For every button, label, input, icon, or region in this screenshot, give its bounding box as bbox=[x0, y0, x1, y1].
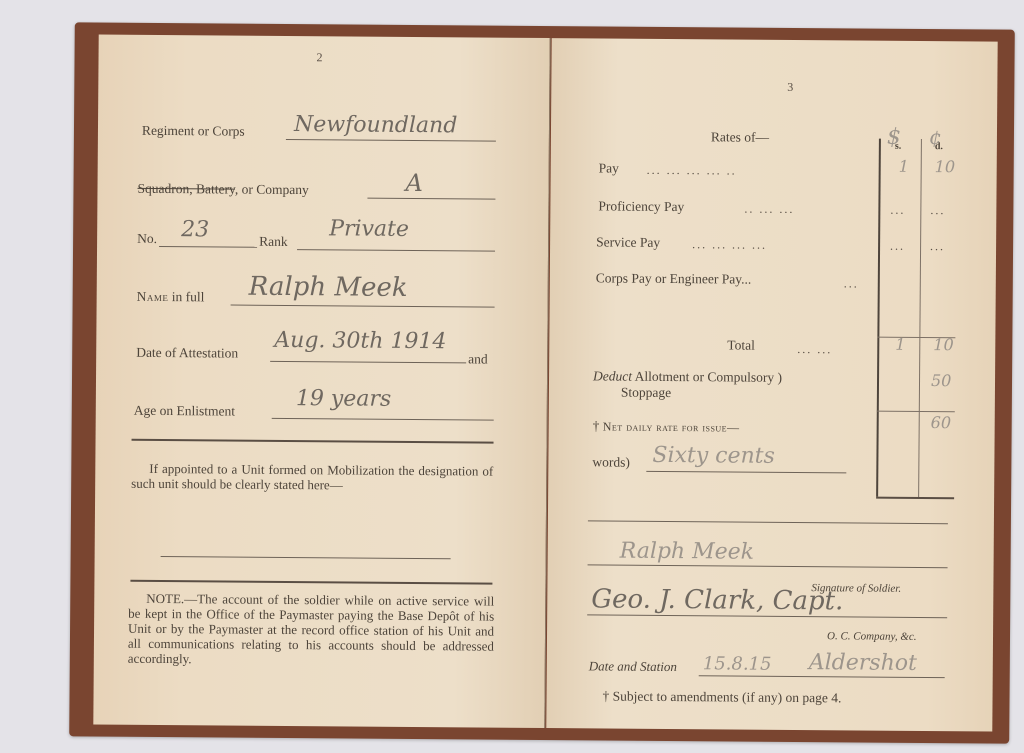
rate-row-service: Service Pay ... ... ... ... ... ... bbox=[552, 38, 998, 42]
note-text: NOTE.—The account of the soldier while o… bbox=[128, 591, 495, 669]
pay-d: 10 bbox=[935, 157, 956, 176]
total-d: 10 bbox=[933, 335, 954, 354]
mobilization-line[interactable] bbox=[161, 556, 451, 559]
total-s: 1 bbox=[895, 335, 905, 354]
rate-row-corps: Corps Pay or Engineer Pay... ... bbox=[552, 38, 998, 42]
footnote: † Subject to amendments (if any) on page… bbox=[602, 688, 841, 706]
oc-signature-caption: O. C. Company, &c. bbox=[827, 630, 917, 643]
name-value[interactable]: Ralph Meek bbox=[249, 272, 408, 303]
date-value[interactable]: 15.8.15 bbox=[703, 653, 772, 675]
left-page: 2 Regiment or Corps Newfoundland Squadro… bbox=[93, 35, 550, 729]
oc-signature-line bbox=[587, 614, 947, 618]
net-rule bbox=[877, 411, 955, 413]
soldier-signature-line bbox=[588, 564, 948, 568]
rank-line bbox=[297, 249, 495, 252]
attestation-and: and bbox=[468, 351, 488, 367]
age-label: Age on Enlistment bbox=[134, 403, 235, 420]
station-value[interactable]: Aldershot bbox=[809, 650, 917, 676]
note-divider bbox=[130, 580, 492, 585]
soldier-signature[interactable]: Ralph Meek bbox=[620, 539, 755, 565]
company-label: Squadron, Battery, or Company bbox=[137, 181, 308, 198]
deduct-d: 50 bbox=[931, 371, 952, 390]
net-d: 60 bbox=[931, 413, 952, 432]
number-label: No. bbox=[137, 231, 157, 247]
pay-s: 1 bbox=[899, 157, 909, 176]
words-label: words) bbox=[592, 454, 630, 470]
right-page: 3 Rates of— s. d. $ ¢ Pay ... ... ... ..… bbox=[546, 38, 997, 731]
rates-heading: Rates of— bbox=[711, 129, 769, 145]
regiment-value[interactable]: Newfoundland bbox=[294, 112, 458, 138]
table-bottom-rule bbox=[876, 497, 954, 500]
words-line bbox=[646, 471, 846, 474]
number-line bbox=[159, 246, 257, 248]
attestation-value[interactable]: Aug. 30th 1914 bbox=[274, 328, 446, 354]
name-label: Name in full bbox=[137, 289, 205, 306]
page-number-left: 2 bbox=[316, 50, 322, 65]
attestation-line bbox=[270, 361, 466, 364]
col-header-dollar: $ bbox=[887, 125, 901, 150]
age-line bbox=[272, 418, 494, 421]
col-header-cents: ¢ bbox=[929, 125, 942, 149]
blank-line bbox=[588, 520, 948, 524]
rank-value[interactable]: Private bbox=[329, 216, 409, 242]
rate-row-deduct: Deduct Allotment or Compulsory ) Stoppag… bbox=[552, 38, 998, 42]
mobilization-text: If appointed to a Unit formed on Mobiliz… bbox=[131, 461, 493, 494]
rate-row-proficiency: Proficiency Pay .. ... ... ... ... bbox=[552, 38, 998, 42]
company-line bbox=[367, 198, 495, 200]
attestation-label: Date of Attestation bbox=[136, 345, 238, 362]
rank-label: Rank bbox=[259, 234, 288, 250]
words-value[interactable]: Sixty cents bbox=[652, 443, 775, 469]
age-value[interactable]: 19 years bbox=[296, 386, 392, 412]
table-left-border bbox=[876, 139, 881, 497]
regiment-label: Regiment or Corps bbox=[142, 123, 245, 140]
regiment-line bbox=[286, 139, 496, 142]
date-station-label: Date and Station bbox=[589, 658, 677, 675]
company-value[interactable]: A bbox=[405, 169, 423, 197]
section-divider bbox=[132, 439, 494, 444]
oc-signature[interactable]: Geo. J. Clark, Capt. bbox=[591, 584, 843, 616]
number-value[interactable]: 23 bbox=[181, 217, 209, 242]
table-column-divider bbox=[918, 139, 922, 497]
rate-row-total: Total ... ... 1 10 bbox=[552, 38, 998, 42]
name-line bbox=[231, 305, 495, 308]
page-number-right: 3 bbox=[787, 80, 793, 95]
pay-book-cover: 2 Regiment or Corps Newfoundland Squadro… bbox=[69, 22, 1015, 743]
rate-row-net: † Net daily rate for issue— 60 words) Si… bbox=[552, 38, 998, 42]
rate-row-pay: Pay ... ... ... ... .. 1 10 bbox=[552, 38, 998, 42]
